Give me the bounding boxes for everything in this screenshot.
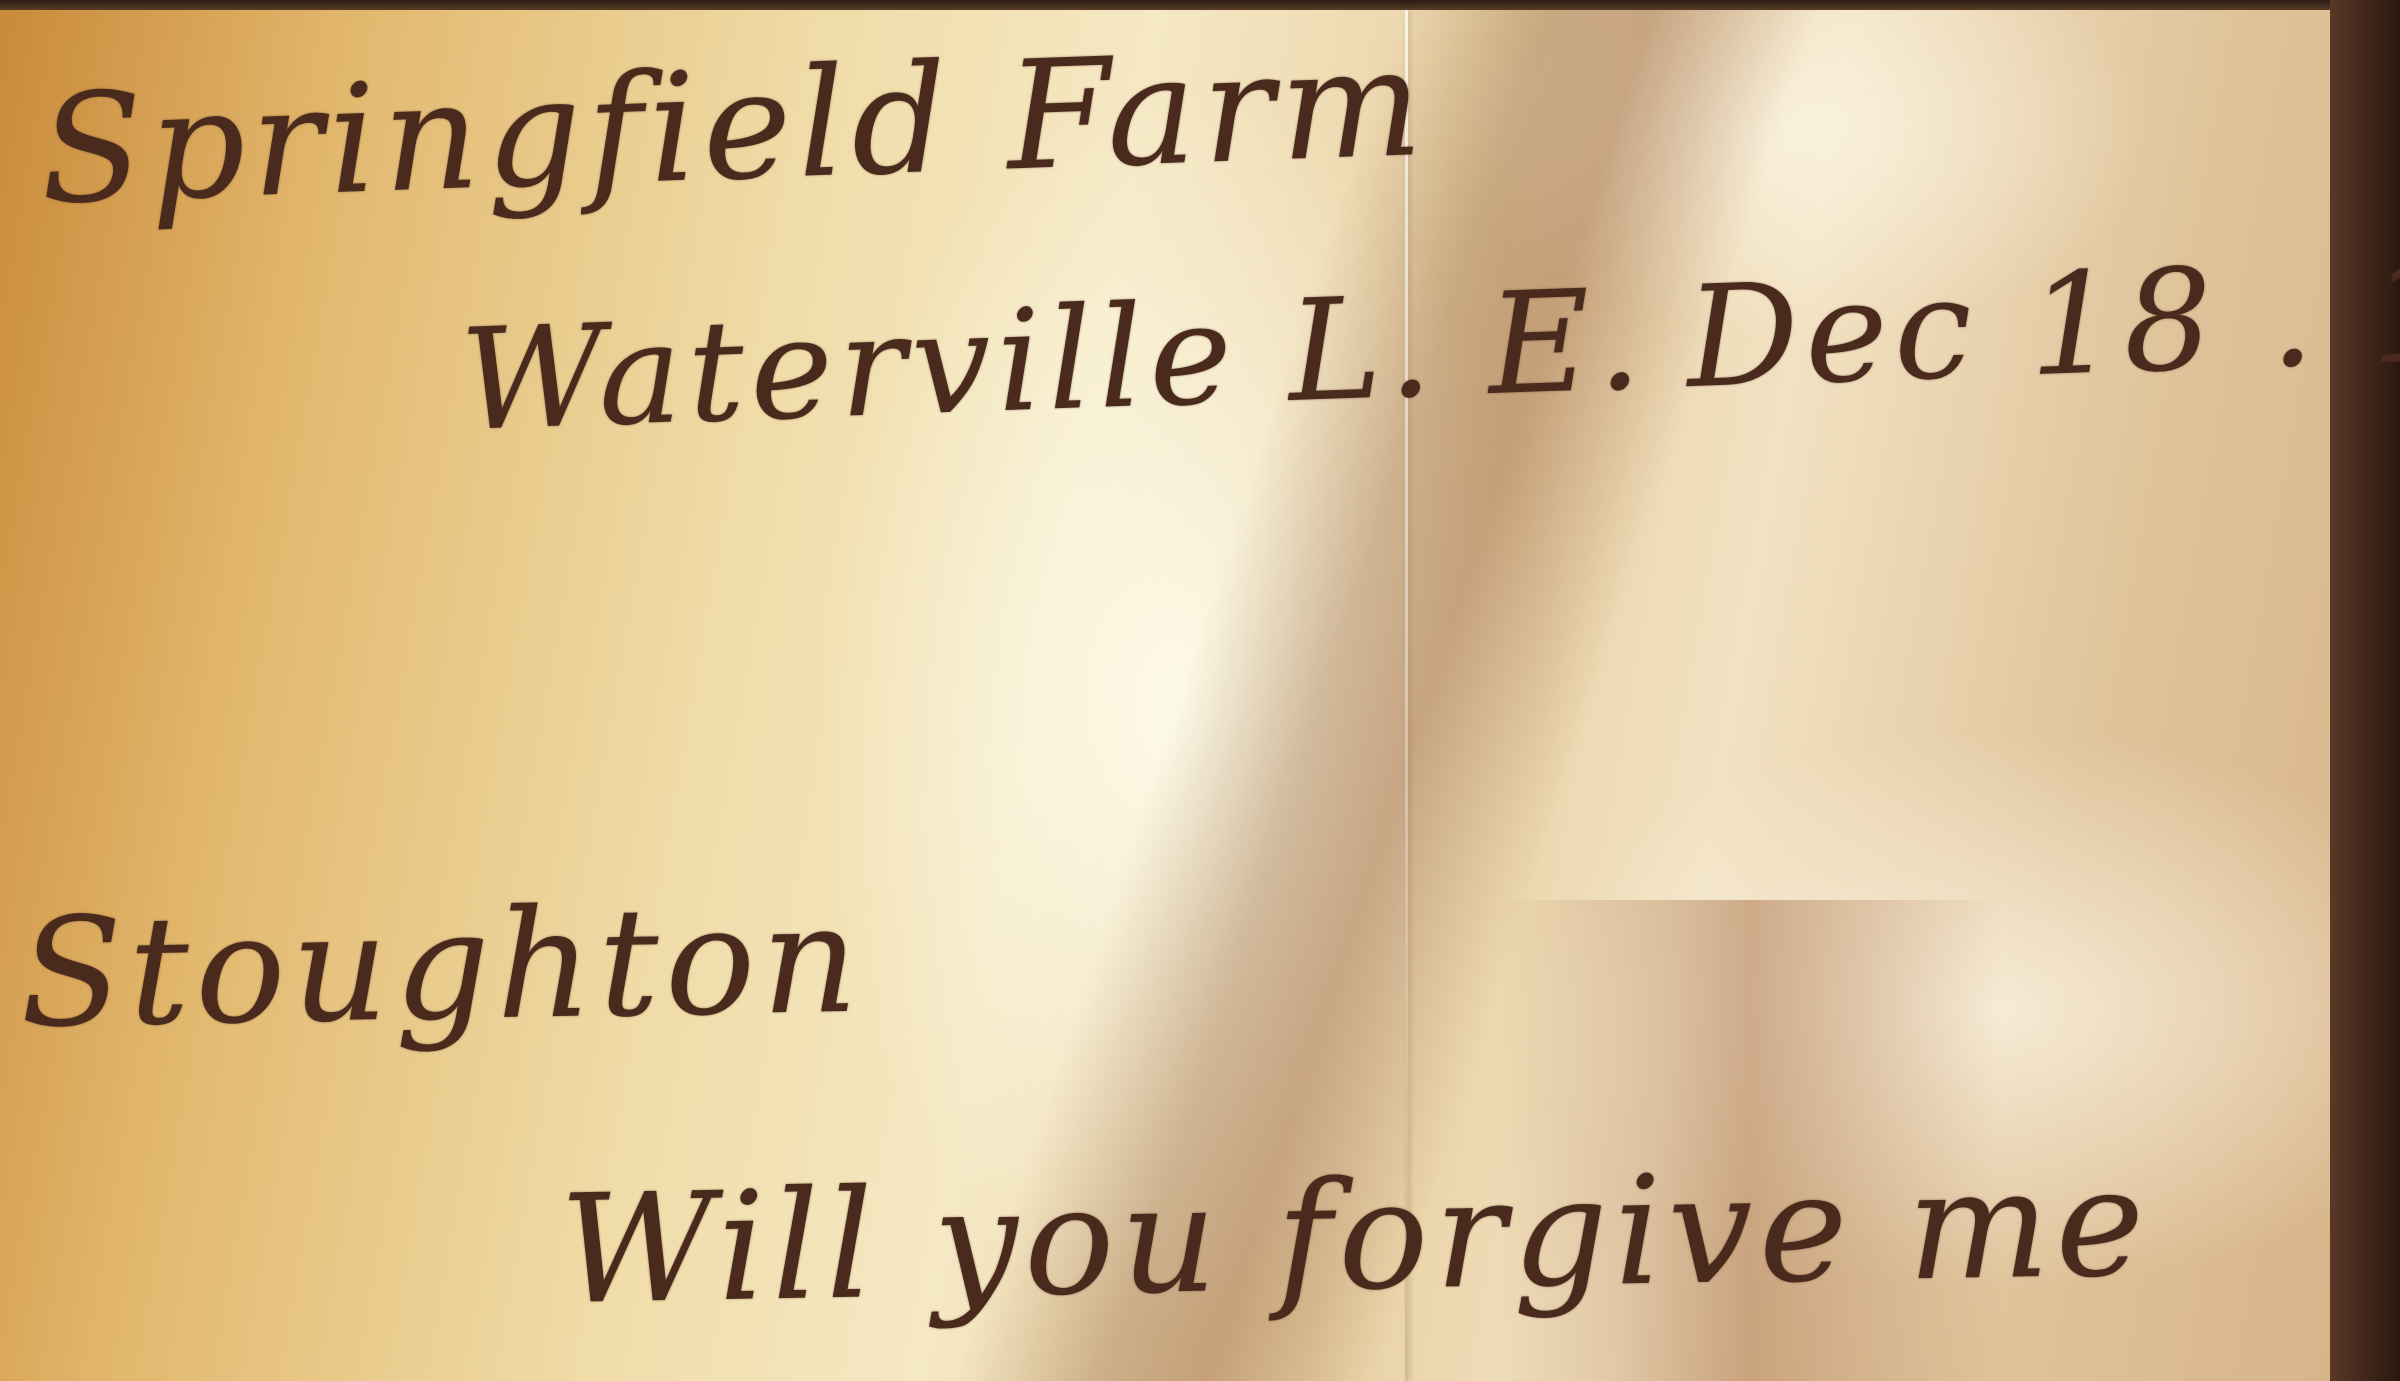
salutation: Stoughton bbox=[19, 873, 866, 1062]
body-first-line: Will you forgive me bbox=[559, 1136, 2152, 1338]
background-edge-right bbox=[2330, 0, 2400, 1381]
